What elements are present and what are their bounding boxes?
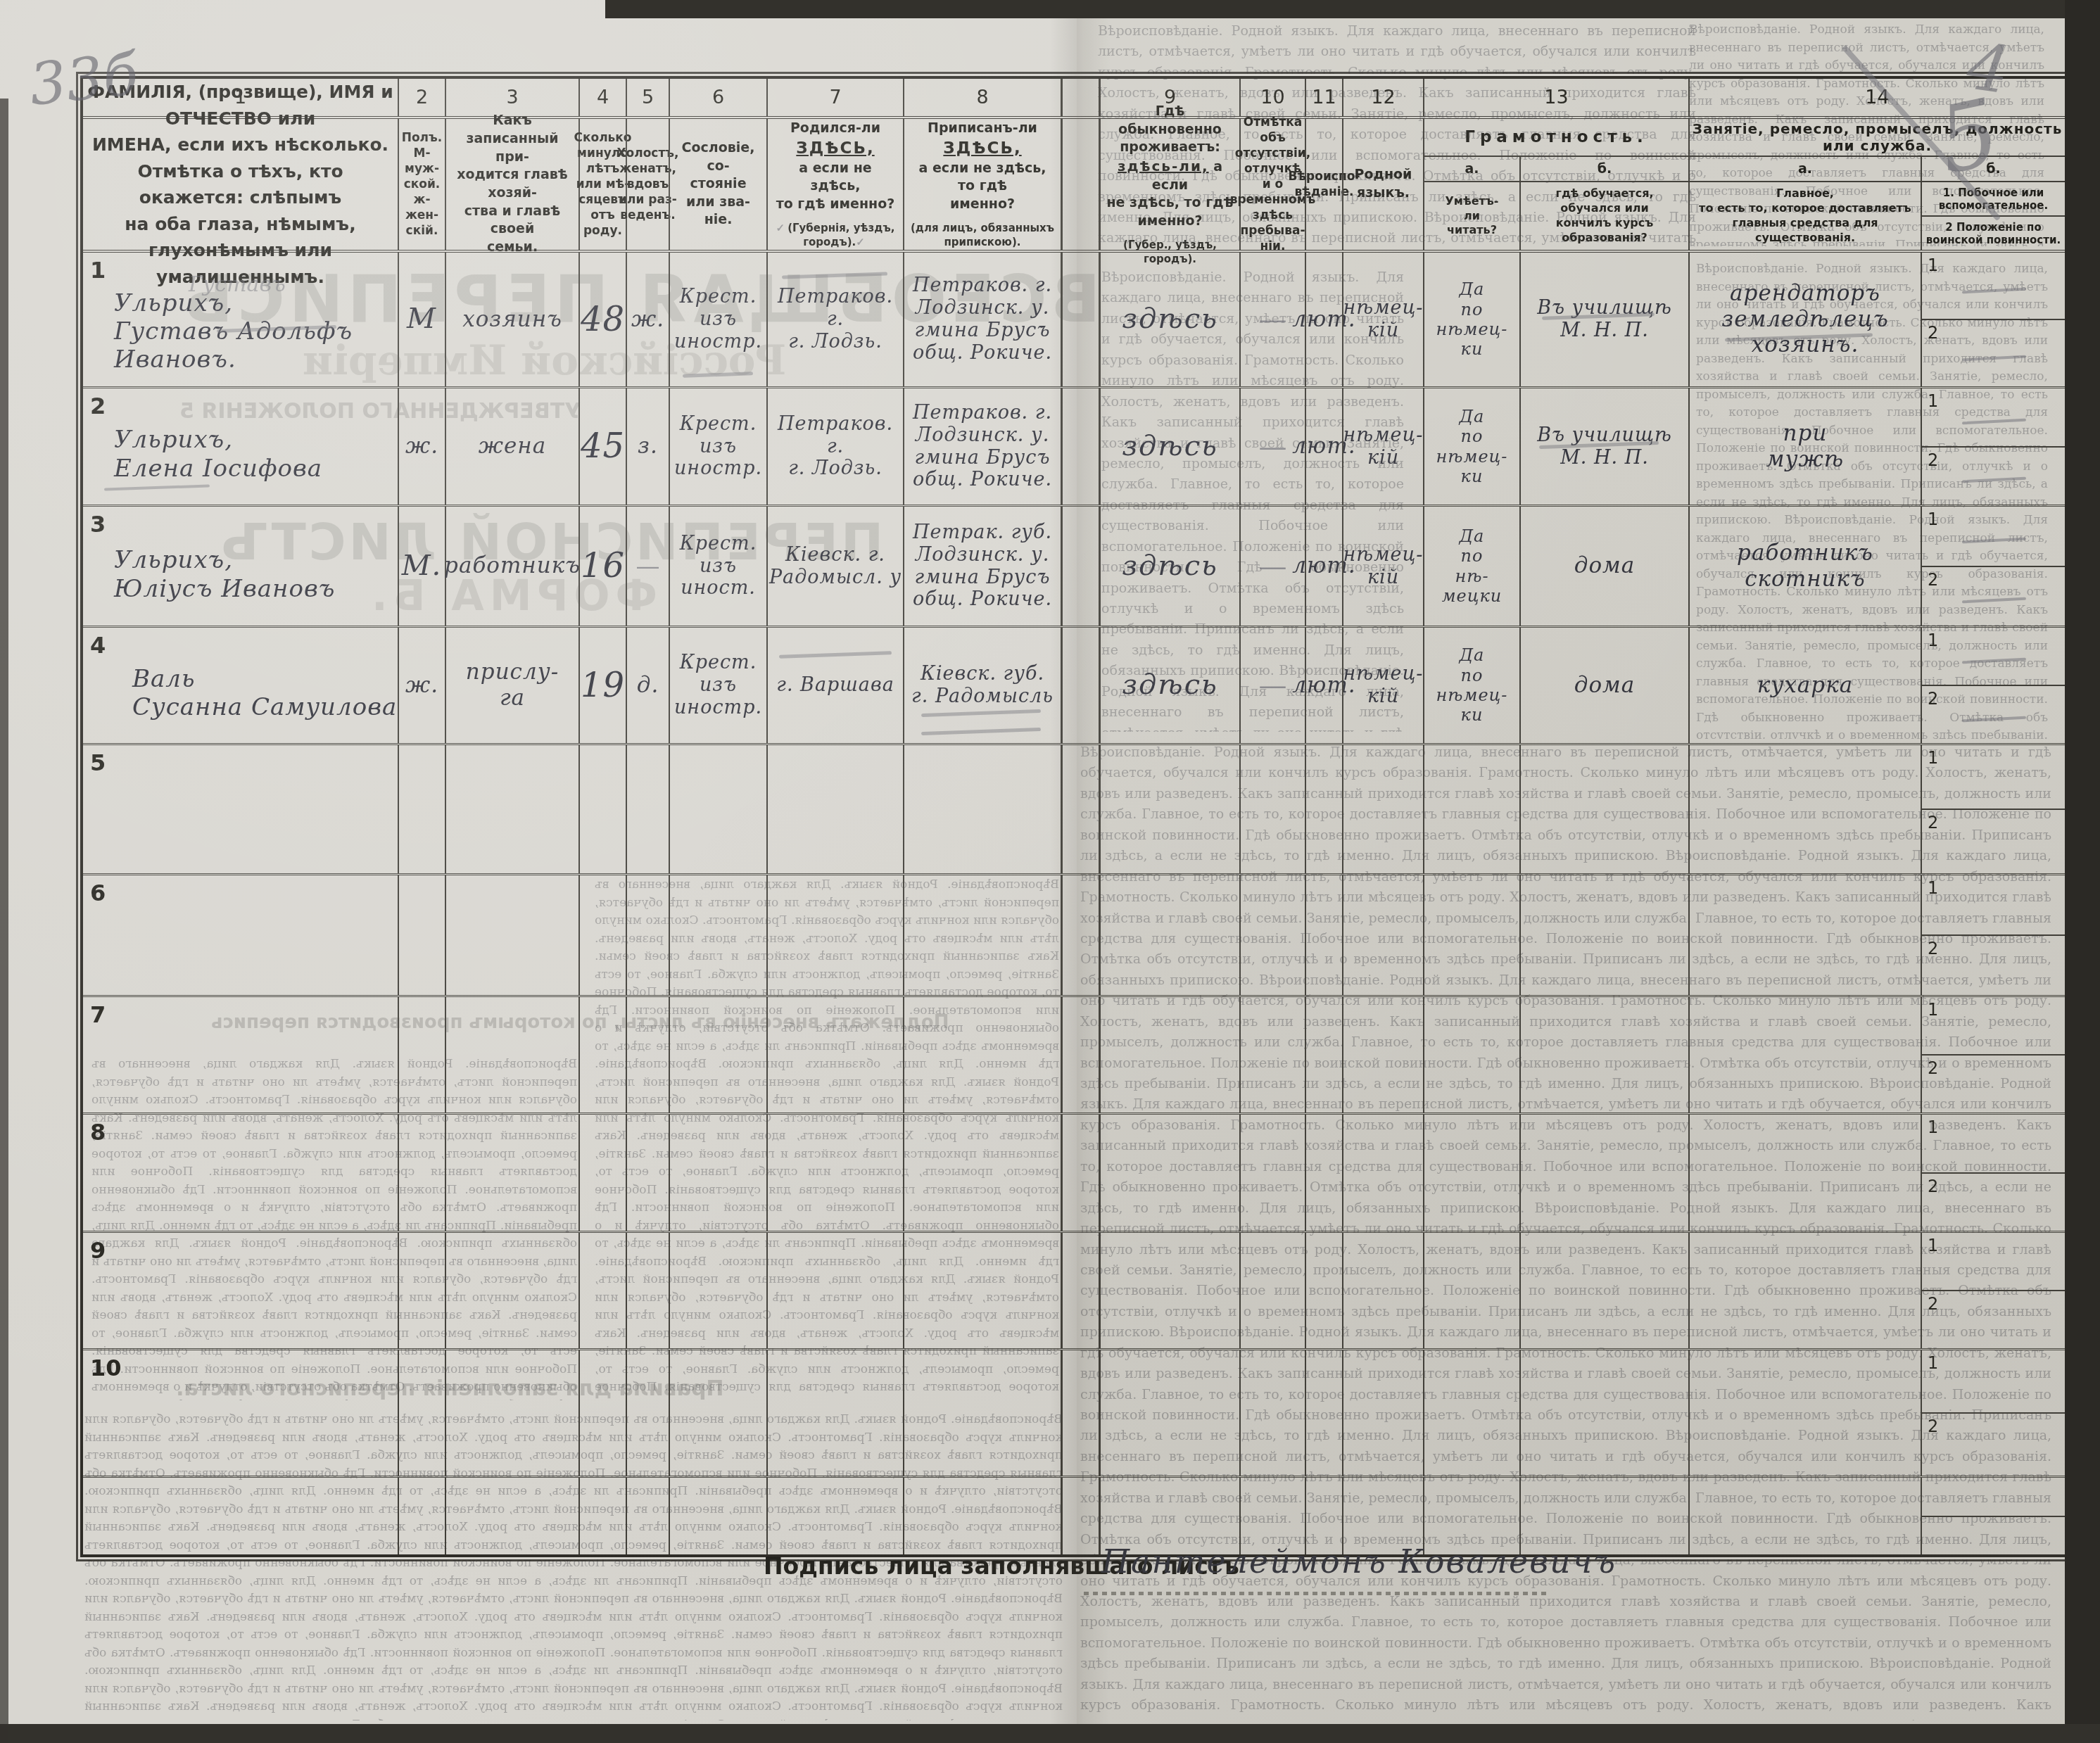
person-row-2: 2 Ульрихъ, Елена Іосифова ж. жена 45 з. … — [83, 386, 2065, 505]
colnum-4: 4 — [578, 79, 626, 116]
header-emph: ЗДѢСЬ, — [796, 139, 874, 158]
cell-sex — [398, 1478, 445, 1554]
sidework-sub2: 2 — [1922, 1174, 2065, 1231]
value-language: нѣмец- кій — [1343, 544, 1424, 589]
cell-estate — [669, 1478, 766, 1554]
cell-marital — [626, 997, 669, 1113]
value-age: 48 — [581, 300, 625, 340]
cell-religion: лют. — [1305, 628, 1342, 743]
value-occupation: работникъ скотникъ — [1737, 540, 1873, 592]
value-relation: жена — [479, 433, 547, 459]
cell-relation — [445, 1478, 578, 1554]
cell-residence: здѣсь — [1101, 388, 1239, 505]
sidework-sub1: 1 — [1922, 1350, 2065, 1414]
value-relation: работникъ — [444, 553, 581, 579]
cell-residence: здѣсь — [1101, 253, 1239, 386]
sidework-sub2: 2 — [1922, 448, 2065, 505]
cell-sex — [398, 875, 445, 995]
page-fold — [1061, 628, 1101, 743]
cell-birthplace — [766, 1478, 903, 1554]
value-occupation: при мужѣ — [1766, 421, 1844, 472]
sidework-sub1: 1 — [1922, 1115, 2065, 1174]
cell-education: дома — [1519, 507, 1688, 626]
cell-occupation: арендаторъ земледѣлецъ хозяинъ. — [1688, 253, 1921, 386]
cell-occupation: кухарка — [1688, 628, 1921, 743]
colnum-11: 11 — [1305, 79, 1342, 116]
header-text: а если не здѣсь, то гдѣ именно? — [909, 160, 1056, 214]
cell-residence — [1101, 1350, 1239, 1476]
person-name: Ульрихъ, Елена Іосифова — [83, 426, 322, 482]
table-header-row: ФАМИЛІЯ, (прозвище), ИМЯ и ОТЧЕСТВО или … — [83, 119, 2065, 253]
cell-marital — [626, 745, 669, 873]
cell-religion — [1305, 997, 1342, 1113]
cell-registration: Петраков. г. Лодзинск. у. гмина Брусъ об… — [903, 388, 1061, 505]
occupation-a-text: Главное, то есть то, которое доставляетъ… — [1690, 182, 1921, 250]
cell-estate: Крест. изъ иност. — [669, 507, 766, 626]
cell-occupation: работникъ скотникъ — [1688, 507, 1921, 626]
sidework-sub1: 1 — [1922, 253, 2065, 320]
header-col-language: Родной языкъ. — [1342, 119, 1423, 250]
cell-language — [1342, 997, 1423, 1113]
cell-language: нѣмец- кій — [1342, 253, 1423, 386]
empty-row: 10 1 2 — [83, 1348, 2065, 1476]
cell-birthplace — [766, 875, 903, 995]
sidework-sub2 — [1922, 1517, 2065, 1555]
cell-relation — [445, 745, 578, 873]
value-absence: — — [1259, 303, 1287, 336]
cell-registration: Кіевск. губ. г. Радомысль — [903, 628, 1061, 743]
cell-name — [83, 1478, 398, 1554]
cell-sex — [398, 1350, 445, 1476]
cell-sidework: 1 2 — [1921, 745, 2065, 873]
sidework-sub1: 1 — [1922, 388, 2065, 448]
header-emph: ЗДѢСЬ, — [943, 139, 1021, 158]
cell-name: 4 Валь Сусанна Самуилова — [83, 628, 398, 743]
header-text: Приписанъ-ли — [928, 120, 1037, 136]
person-row-3: 3 Ульрихъ, Юліусъ Ивановъ М. работникъ 1… — [83, 505, 2065, 626]
cell-absence — [1239, 997, 1305, 1113]
census-sheet-scan: Вѣроисповѣданіе. Родной языкъ. Для кажда… — [0, 0, 2100, 1743]
cell-occupation — [1688, 875, 1921, 995]
pencil-dash — [1962, 477, 2026, 483]
scan-edge — [0, 99, 8, 1743]
pencil-dash — [1962, 418, 2026, 424]
cell-registration — [903, 875, 1061, 995]
cell-absence — [1239, 875, 1305, 995]
row-number: 5 — [90, 749, 106, 776]
cell-birthplace: Петраков. г. г. Лодзь. — [766, 388, 903, 505]
cell-literacy: Да по нѣ- мецки — [1423, 507, 1519, 626]
row-number: 8 — [90, 1119, 106, 1146]
cell-religion — [1305, 745, 1342, 873]
cell-language — [1342, 875, 1423, 995]
cell-marital — [626, 1478, 669, 1554]
header-col-name: ФАМИЛІЯ, (прозвище), ИМЯ и ОТЧЕСТВО или … — [83, 119, 398, 250]
cell-age — [578, 875, 626, 995]
cell-sex — [398, 1233, 445, 1348]
row-number: 2 — [90, 393, 106, 419]
cell-age — [578, 1115, 626, 1231]
sub-label: 2 — [1928, 813, 1938, 832]
cell-religion — [1305, 875, 1342, 995]
colnum-6: 6 — [669, 79, 766, 116]
value-estate: Крест. изъ иностр. — [674, 413, 762, 481]
cell-marital: — — [626, 507, 669, 626]
colnum-12: 12 — [1342, 79, 1423, 116]
pencil-dash — [1962, 597, 2026, 604]
person-name: Валь Сусанна Самуилова — [83, 665, 397, 721]
empty-row: 6 1 2 — [83, 873, 2065, 995]
cell-relation — [445, 1115, 578, 1231]
cell-language — [1342, 1233, 1423, 1348]
cell-estate — [669, 997, 766, 1113]
cell-registration — [903, 1115, 1061, 1231]
empty-row: 8 1 2 — [83, 1113, 2065, 1231]
value-literacy: Да по нѣ- мецки — [1442, 526, 1503, 606]
cell-residence: здѣсь — [1101, 507, 1239, 626]
value-marital: — — [636, 552, 660, 581]
person-name: Ульрихъ, Юліусъ Ивановъ — [83, 546, 335, 602]
colnum-13: 13 — [1423, 79, 1688, 116]
sub-label: 1 — [1928, 878, 1938, 898]
cell-occupation — [1688, 997, 1921, 1113]
value-education: дома — [1574, 673, 1636, 699]
sub-label: 1 — [1928, 1236, 1938, 1255]
header-text: Родился-ли — [790, 120, 880, 136]
cell-estate — [669, 745, 766, 873]
cell-birthplace — [766, 997, 903, 1113]
value-birthplace: г. Варшава — [776, 674, 894, 697]
sub-label: 2 — [1928, 570, 1938, 590]
cell-language: нѣмец- кій — [1342, 388, 1423, 505]
cell-occupation — [1688, 1233, 1921, 1348]
cell-sidework: 1 2 — [1921, 997, 2065, 1113]
sidework-sub2: 2 — [1922, 686, 2065, 743]
sidework-sub2: 2 — [1922, 320, 2065, 386]
value-registration: Петрак. губ. Лодзинск. у. гмина Брусъ об… — [913, 521, 1052, 611]
pencil-ghost-name: Густавъ — [189, 272, 286, 297]
value-registration: Петраков. г. Лодзинск. у. гмина Брусъ об… — [913, 274, 1052, 364]
cell-name: 10 — [83, 1350, 398, 1476]
cell-education: дома — [1519, 628, 1688, 743]
person-name: Ульрихъ, Густавъ Адольфъ Ивановъ. — [83, 289, 353, 374]
cell-education — [1519, 1350, 1688, 1476]
pencil-strike — [782, 272, 887, 279]
cell-religion — [1305, 1233, 1342, 1348]
cell-estate: Крест. изъ иностр. — [669, 628, 766, 743]
pencil-checkmark: ✓ — [856, 236, 865, 248]
sub-label: 2 — [1928, 1294, 1938, 1314]
value-absence: — — [1259, 431, 1287, 463]
colnum-10: 10 — [1239, 79, 1305, 116]
header-emph: здѣсь-ли, — [1118, 158, 1209, 175]
sub-label: 1 — [1928, 509, 1938, 529]
sidework-sub2: 2 — [1922, 1056, 2065, 1113]
value-marital: д. — [637, 673, 659, 699]
cell-absence — [1239, 745, 1305, 873]
cell-residence — [1101, 1233, 1239, 1348]
row-number: 9 — [90, 1237, 106, 1264]
page-fold — [1061, 119, 1101, 250]
empty-row: 7 1 2 — [83, 995, 2065, 1113]
cell-birthplace — [766, 745, 903, 873]
sidework-sub2: 2 — [1922, 1414, 2065, 1476]
pencil-dash — [1962, 716, 2026, 722]
value-education: дома — [1574, 553, 1636, 579]
scan-edge — [605, 0, 2100, 18]
cell-name: 9 — [83, 1233, 398, 1348]
cell-name: 1 Густавъ Ульрихъ, Густавъ Адольфъ Ивано… — [83, 253, 398, 386]
header-note: (Губернія, уѣздъ, городъ). — [787, 222, 894, 248]
sub-label: 1 — [1928, 255, 1938, 275]
header-col-religion: Вѣроиспо- вѣданіе. — [1305, 119, 1342, 250]
cell-sex: М. — [398, 507, 445, 626]
header-col-marital: Холостъ, женатъ, вдовъ или раз- веденъ. — [626, 119, 669, 250]
cell-occupation — [1688, 745, 1921, 873]
cell-language — [1342, 1350, 1423, 1476]
cell-sidework: 1 2 — [1921, 1233, 2065, 1348]
cell-education — [1519, 1233, 1688, 1348]
cell-literacy — [1423, 997, 1519, 1113]
cell-marital — [626, 1233, 669, 1348]
pencil-strike — [779, 651, 892, 659]
cell-occupation: при мужѣ — [1688, 388, 1921, 505]
cell-religion — [1305, 1115, 1342, 1231]
pencil-strike — [921, 709, 1041, 717]
page-fold — [1061, 507, 1101, 626]
cell-estate — [669, 1233, 766, 1348]
cell-language — [1342, 745, 1423, 873]
literacy-b-label: б. — [1521, 157, 1688, 182]
colnum-8: 8 — [903, 79, 1061, 116]
sub-label: 2 — [1928, 1416, 1938, 1436]
page-fold — [1061, 388, 1101, 505]
sub-label: 1 — [1928, 391, 1938, 411]
header-text: Гдѣ обыкновенно проживаетъ: — [1118, 103, 1222, 155]
sub-label: 2 — [1928, 939, 1938, 958]
cell-relation: жена — [445, 388, 578, 505]
census-table: 1 2 3 4 5 6 7 8 9 10 11 12 13 14 ФАМИЛІЯ… — [80, 76, 2068, 1557]
cell-education — [1519, 745, 1688, 873]
row-number: 1 — [90, 257, 106, 284]
person-row-1: 1 Густавъ Ульрихъ, Густавъ Адольфъ Ивано… — [83, 253, 2065, 386]
value-occupation: кухарка — [1757, 673, 1853, 699]
header-note: (для лицъ, обязанныхъ припискою). — [911, 221, 1054, 250]
cell-sex: ж. — [398, 388, 445, 505]
sub-label: 1 — [1928, 1117, 1938, 1137]
header-col-estate: Сословіе, со- стояніе или зва- ніе. — [669, 119, 766, 250]
cell-sidework: 1 2 — [1921, 875, 2065, 995]
cell-name: 2 Ульрихъ, Елена Іосифова — [83, 388, 398, 505]
sub-label: 1 — [1928, 1000, 1938, 1020]
value-age: 45 — [581, 426, 625, 467]
empty-row — [83, 1476, 2065, 1554]
cell-registration — [903, 1478, 1061, 1554]
cell-residence — [1101, 997, 1239, 1113]
cell-marital — [626, 875, 669, 995]
sub-label: 1 — [1928, 630, 1938, 650]
literacy-a-label: а. — [1424, 157, 1519, 182]
colnum-3: 3 — [445, 79, 578, 116]
cell-sidework: 1 2 — [1921, 1115, 2065, 1231]
sidework-sub1: 1 — [1922, 875, 2065, 936]
empty-row: 9 1 2 — [83, 1231, 2065, 1348]
value-absence: — — [1259, 669, 1287, 702]
pencil-strike — [104, 484, 210, 490]
cell-estate: Крест. изъ иностр. — [669, 253, 766, 386]
page-fold — [1061, 1478, 1101, 1554]
sub-label: 1 — [1928, 748, 1938, 768]
value-marital: ж. — [631, 307, 664, 333]
sidework-sub2: 2 — [1922, 1291, 2065, 1348]
cell-sidework: 1 2 — [1921, 1350, 2065, 1476]
cell-birthplace — [766, 1115, 903, 1231]
cell-literacy — [1423, 1115, 1519, 1231]
empty-row: 5 1 2 — [83, 743, 2065, 873]
value-language: нѣмец- кій — [1343, 663, 1424, 708]
cell-literacy — [1423, 1350, 1519, 1476]
page-fold — [1061, 1115, 1101, 1231]
cell-religion: лют. — [1305, 388, 1342, 505]
cell-education: Въ училищѣ М. Н. П. — [1519, 253, 1688, 386]
pencil-dash — [1962, 657, 2026, 664]
cell-registration — [903, 1350, 1061, 1476]
sidework-sub1: 1 — [1922, 628, 2065, 686]
cell-sex: М — [398, 253, 445, 386]
page-fold — [1061, 253, 1101, 386]
cell-birthplace: г. Варшава — [766, 628, 903, 743]
value-marital: з. — [638, 433, 658, 459]
value-age: 19 — [581, 666, 625, 706]
cell-name: 7 — [83, 997, 398, 1113]
cell-registration — [903, 997, 1061, 1113]
value-language: нѣмец- кій — [1343, 297, 1424, 342]
value-estate: Крест. изъ иностр. — [674, 652, 762, 719]
header-col-relation: Какъ записанный при- ходится главѣ хозяй… — [445, 119, 578, 250]
sidework-sub1: 1 — [1922, 997, 2065, 1056]
header-text: а если не здѣсь, то гдѣ именно? — [772, 160, 899, 214]
cell-age — [578, 997, 626, 1113]
cell-occupation — [1688, 1350, 1921, 1476]
header-col-registration: Приписанъ-ли ЗДѢСЬ, а если не здѣсь, то … — [903, 119, 1061, 250]
value-residence: здѣсь — [1122, 668, 1218, 702]
cell-registration: Петрак. губ. Лодзинск. у. гмина Брусъ об… — [903, 507, 1061, 626]
row-number: 7 — [90, 1001, 106, 1028]
cell-sidework: 1 2 — [1921, 253, 2065, 386]
cell-absence — [1239, 1233, 1305, 1348]
cell-relation: прислу- га — [445, 628, 578, 743]
cell-sidework: 1 2 — [1921, 388, 2065, 505]
cell-religion: лют. — [1305, 253, 1342, 386]
cell-registration — [903, 745, 1061, 873]
cell-age — [578, 1478, 626, 1554]
cell-sex — [398, 745, 445, 873]
cell-education — [1519, 1115, 1688, 1231]
scan-edge — [2065, 0, 2100, 1743]
sidework-sub2: 2 — [1922, 936, 2065, 995]
value-residence: здѣсь — [1122, 430, 1218, 463]
cell-relation: хозяинъ — [445, 253, 578, 386]
sidework-sub2: 2 — [1922, 567, 2065, 626]
cell-education: Въ училищѣ М. Н. П. — [1519, 388, 1688, 505]
cell-name: 6 — [83, 875, 398, 995]
literacy-b-text: гдѣ обучается, обучался или кончилъ курс… — [1521, 182, 1688, 250]
cell-age: 19 — [578, 628, 626, 743]
cell-estate — [669, 875, 766, 995]
cell-language: нѣмец- кій — [1342, 507, 1423, 626]
cell-residence: здѣсь — [1101, 628, 1239, 743]
sub-label: 2 — [1928, 323, 1938, 343]
cell-registration — [903, 1233, 1061, 1348]
cell-language — [1342, 1115, 1423, 1231]
header-col-birthplace: Родился-ли ЗДѢСЬ, а если не здѣсь, то гд… — [766, 119, 903, 250]
cell-age: 48 — [578, 253, 626, 386]
colnum-2: 2 — [398, 79, 445, 116]
value-residence: здѣсь — [1122, 303, 1218, 336]
pencil-dash — [1962, 287, 2026, 293]
cell-sex — [398, 1115, 445, 1231]
cell-occupation — [1688, 1115, 1921, 1231]
value-sex: ж. — [405, 673, 438, 699]
value-relation: хозяинъ — [462, 307, 562, 333]
person-row-4: 4 Валь Сусанна Самуилова ж. прислу- га 1… — [83, 626, 2065, 743]
cell-absence — [1239, 1115, 1305, 1231]
cell-name: 5 — [83, 745, 398, 873]
pencil-strike — [921, 728, 1041, 735]
cell-literacy: Да по нѣмец- ки — [1423, 253, 1519, 386]
header-col-literacy: Грамотность. а. Умѣетъ- ли читать? б. гд… — [1423, 119, 1688, 250]
cell-sidework: 1 2 — [1921, 507, 2065, 626]
cell-absence — [1239, 1350, 1305, 1476]
pencil-dash — [1962, 538, 2026, 544]
sub-label: 2 — [1928, 1058, 1938, 1078]
cell-marital: д. — [626, 628, 669, 743]
page-fold — [1061, 1350, 1101, 1476]
sub-label: 2 — [1928, 450, 1938, 470]
value-birthplace: Кіевск. г. Радомысл. у — [769, 544, 902, 589]
value-relation: прислу- га — [466, 659, 559, 711]
signature-underline — [1084, 1592, 1548, 1595]
header-col-occupation: Занятіе, ремесло, промыселъ, должность и… — [1688, 119, 2065, 250]
occupation-a-label: а. — [1690, 157, 1921, 182]
header-col-residence: Гдѣ обыкновенно проживаетъ: здѣсь-ли, а … — [1101, 119, 1239, 250]
colnum-5: 5 — [626, 79, 669, 116]
cell-sex — [398, 997, 445, 1113]
row-number: 4 — [90, 632, 106, 659]
page-fold — [1061, 79, 1101, 116]
cell-literacy: Да по нѣмец- ки — [1423, 388, 1519, 505]
cell-marital: з. — [626, 388, 669, 505]
value-occupation: арендаторъ земледѣлецъ хозяинъ. — [1721, 281, 1888, 358]
occupation-b2-text: 2 Положеніе по воинской повинности. — [1922, 217, 2065, 250]
sidework-sub1: 1 — [1922, 507, 2065, 567]
value-sex: М — [407, 303, 437, 336]
value-literacy: Да по нѣмец- ки — [1436, 407, 1508, 486]
cell-relation — [445, 997, 578, 1113]
literacy-title: Грамотность. — [1424, 119, 1688, 157]
enumerator-signature: Пантелеймонъ Ковалевичъ — [1101, 1542, 1617, 1580]
value-language: нѣмец- кій — [1343, 424, 1424, 469]
page-fold — [1061, 875, 1101, 995]
row-number: 10 — [90, 1355, 122, 1381]
cell-language: нѣмец- кій — [1342, 628, 1423, 743]
sub-label: 2 — [1928, 689, 1938, 709]
value-estate: Крест. изъ иностр. — [674, 286, 762, 353]
sidework-sub1: 1 — [1922, 745, 2065, 810]
cell-registration: Петраков. г. Лодзинск. у. гмина Брусъ об… — [903, 253, 1061, 386]
cell-birthplace: Петраков. г. г. Лодзь. — [766, 253, 903, 386]
cell-sidework: 1 2 — [1921, 628, 2065, 743]
